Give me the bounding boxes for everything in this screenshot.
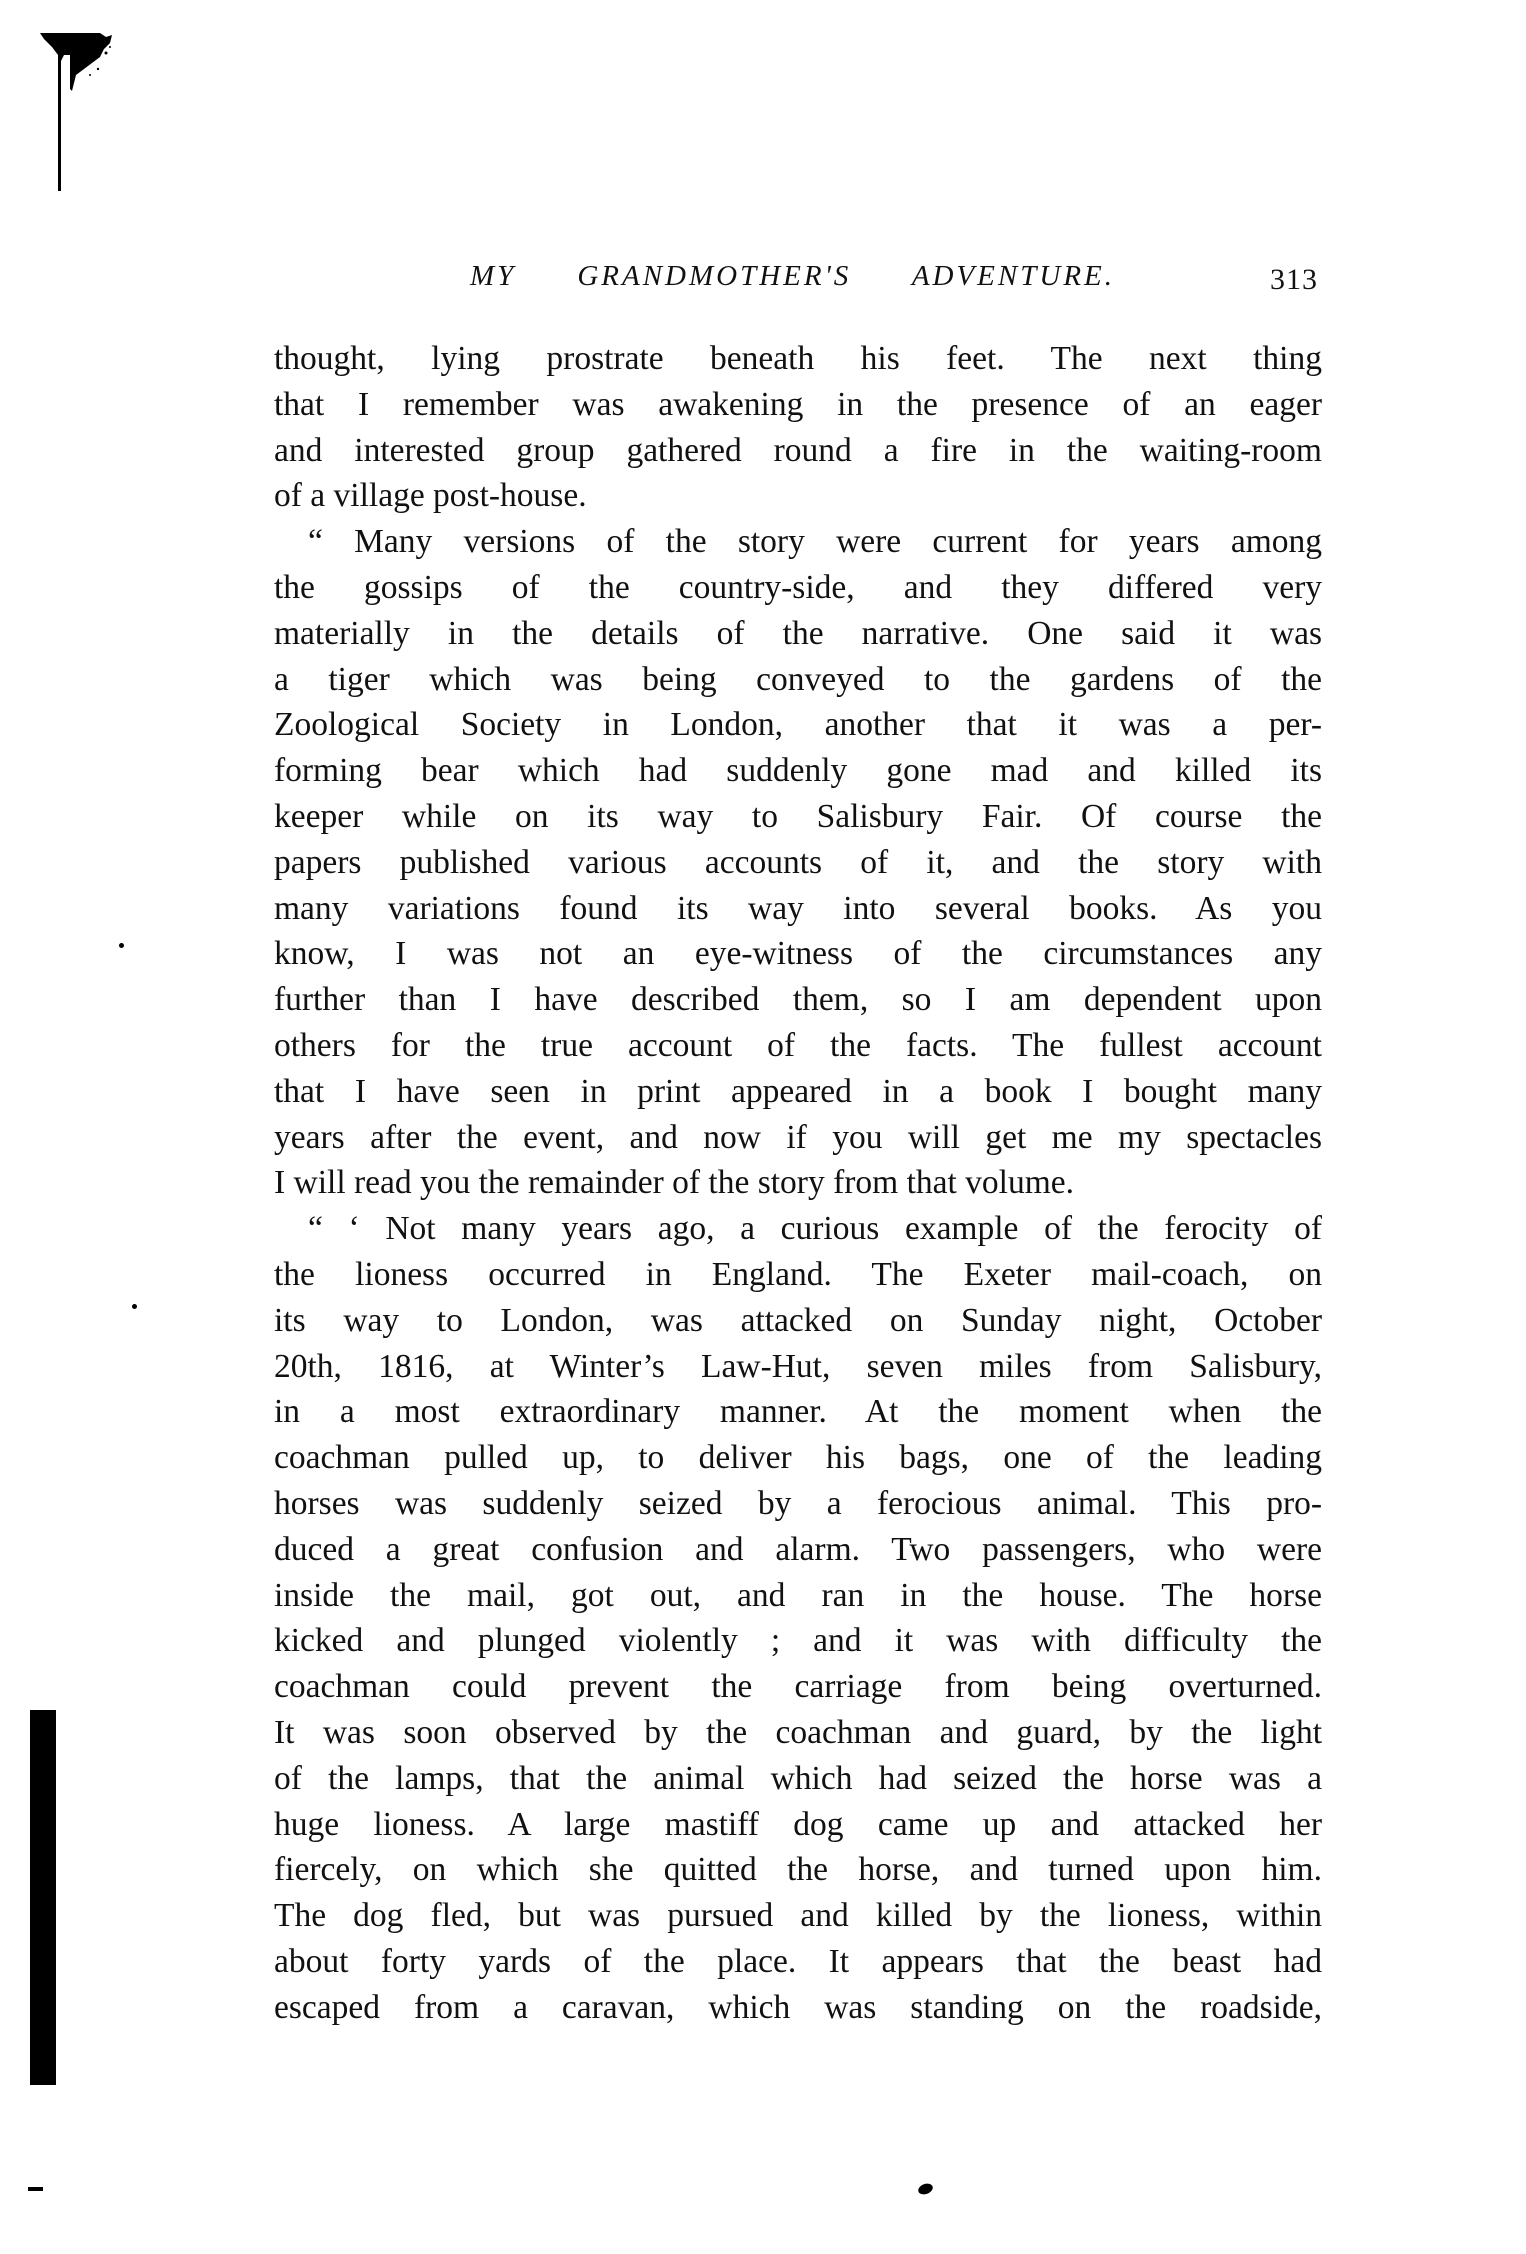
text-line: I will read you the remainder of the sto… xyxy=(274,1160,1322,1206)
text-line: of a village post-house. xyxy=(274,473,1322,519)
text-line: horses was suddenly seized by a ferociou… xyxy=(274,1481,1322,1527)
running-title: MY GRANDMOTHER'S ADVENTURE. xyxy=(470,258,1115,294)
text-line: and interested group gathered round a fi… xyxy=(274,428,1322,474)
text-line: of the lamps, that the animal which had … xyxy=(274,1756,1322,1802)
text-line: The dog fled, but was pursued and killed… xyxy=(274,1893,1322,1939)
text-line: years after the event, and now if you wi… xyxy=(274,1115,1322,1161)
text-line: thought, lying prostrate beneath his fee… xyxy=(274,336,1322,382)
text-line: fiercely, on which she quitted the horse… xyxy=(274,1847,1322,1893)
binding-shadow-bar xyxy=(30,1710,56,2085)
paragraph-start-line: “ Many versions of the story were curren… xyxy=(274,519,1322,565)
text-line: huge lioness. A large mastiff dog came u… xyxy=(274,1802,1322,1848)
text-line: a tiger which was being conveyed to the … xyxy=(274,657,1322,703)
ink-smudge-icon xyxy=(917,2182,935,2197)
spine-notch xyxy=(38,1710,42,1728)
text-line: that I remember was awakening in the pre… xyxy=(274,382,1322,428)
text-line: its way to London, was attacked on Sunda… xyxy=(274,1298,1322,1344)
page-number: 313 xyxy=(1270,262,1318,298)
text-line: papers published various accounts of it,… xyxy=(274,840,1322,886)
margin-dot xyxy=(132,1304,137,1309)
book-page: MY GRANDMOTHER'S ADVENTURE. 313 thought,… xyxy=(0,0,1526,2254)
text-line: coachman pulled up, to deliver his bags,… xyxy=(274,1435,1322,1481)
paragraph-start-line: “ ‘ Not many years ago, a curious exampl… xyxy=(274,1206,1322,1252)
text-line: that I have seen in print appeared in a … xyxy=(274,1069,1322,1115)
text-line: 20th, 1816, at Winter’s Law-Hut, seven m… xyxy=(274,1344,1322,1390)
text-line: about forty yards of the place. It appea… xyxy=(274,1939,1322,1985)
bottom-left-mark xyxy=(28,2187,43,2191)
corner-mark-icon xyxy=(40,33,116,93)
text-line: Zoological Society in London, another th… xyxy=(274,702,1322,748)
text-line: keeper while on its way to Salisbury Fai… xyxy=(274,794,1322,840)
text-line: duced a great confusion and alarm. Two p… xyxy=(274,1527,1322,1573)
text-line: know, I was not an eye-witness of the ci… xyxy=(274,931,1322,977)
text-line: inside the mail, got out, and ran in the… xyxy=(274,1573,1322,1619)
text-line: It was soon observed by the coachman and… xyxy=(274,1710,1322,1756)
body-text: thought, lying prostrate beneath his fee… xyxy=(274,336,1322,2030)
text-line: forming bear which had suddenly gone mad… xyxy=(274,748,1322,794)
text-line: many variations found its way into sever… xyxy=(274,886,1322,932)
margin-dot xyxy=(119,943,124,948)
text-line: the lioness occurred in England. The Exe… xyxy=(274,1252,1322,1298)
text-line: escaped from a caravan, which was standi… xyxy=(274,1985,1322,2031)
text-line: materially in the details of the narrati… xyxy=(274,611,1322,657)
text-line: kicked and plunged violently ; and it wa… xyxy=(274,1618,1322,1664)
text-line: coachman could prevent the carriage from… xyxy=(274,1664,1322,1710)
text-line: in a most extraordinary manner. At the m… xyxy=(274,1389,1322,1435)
text-line: the gossips of the country-side, and the… xyxy=(274,565,1322,611)
text-line: others for the true account of the facts… xyxy=(274,1023,1322,1069)
text-line: further than I have described them, so I… xyxy=(274,977,1322,1023)
corner-rule xyxy=(58,60,61,191)
